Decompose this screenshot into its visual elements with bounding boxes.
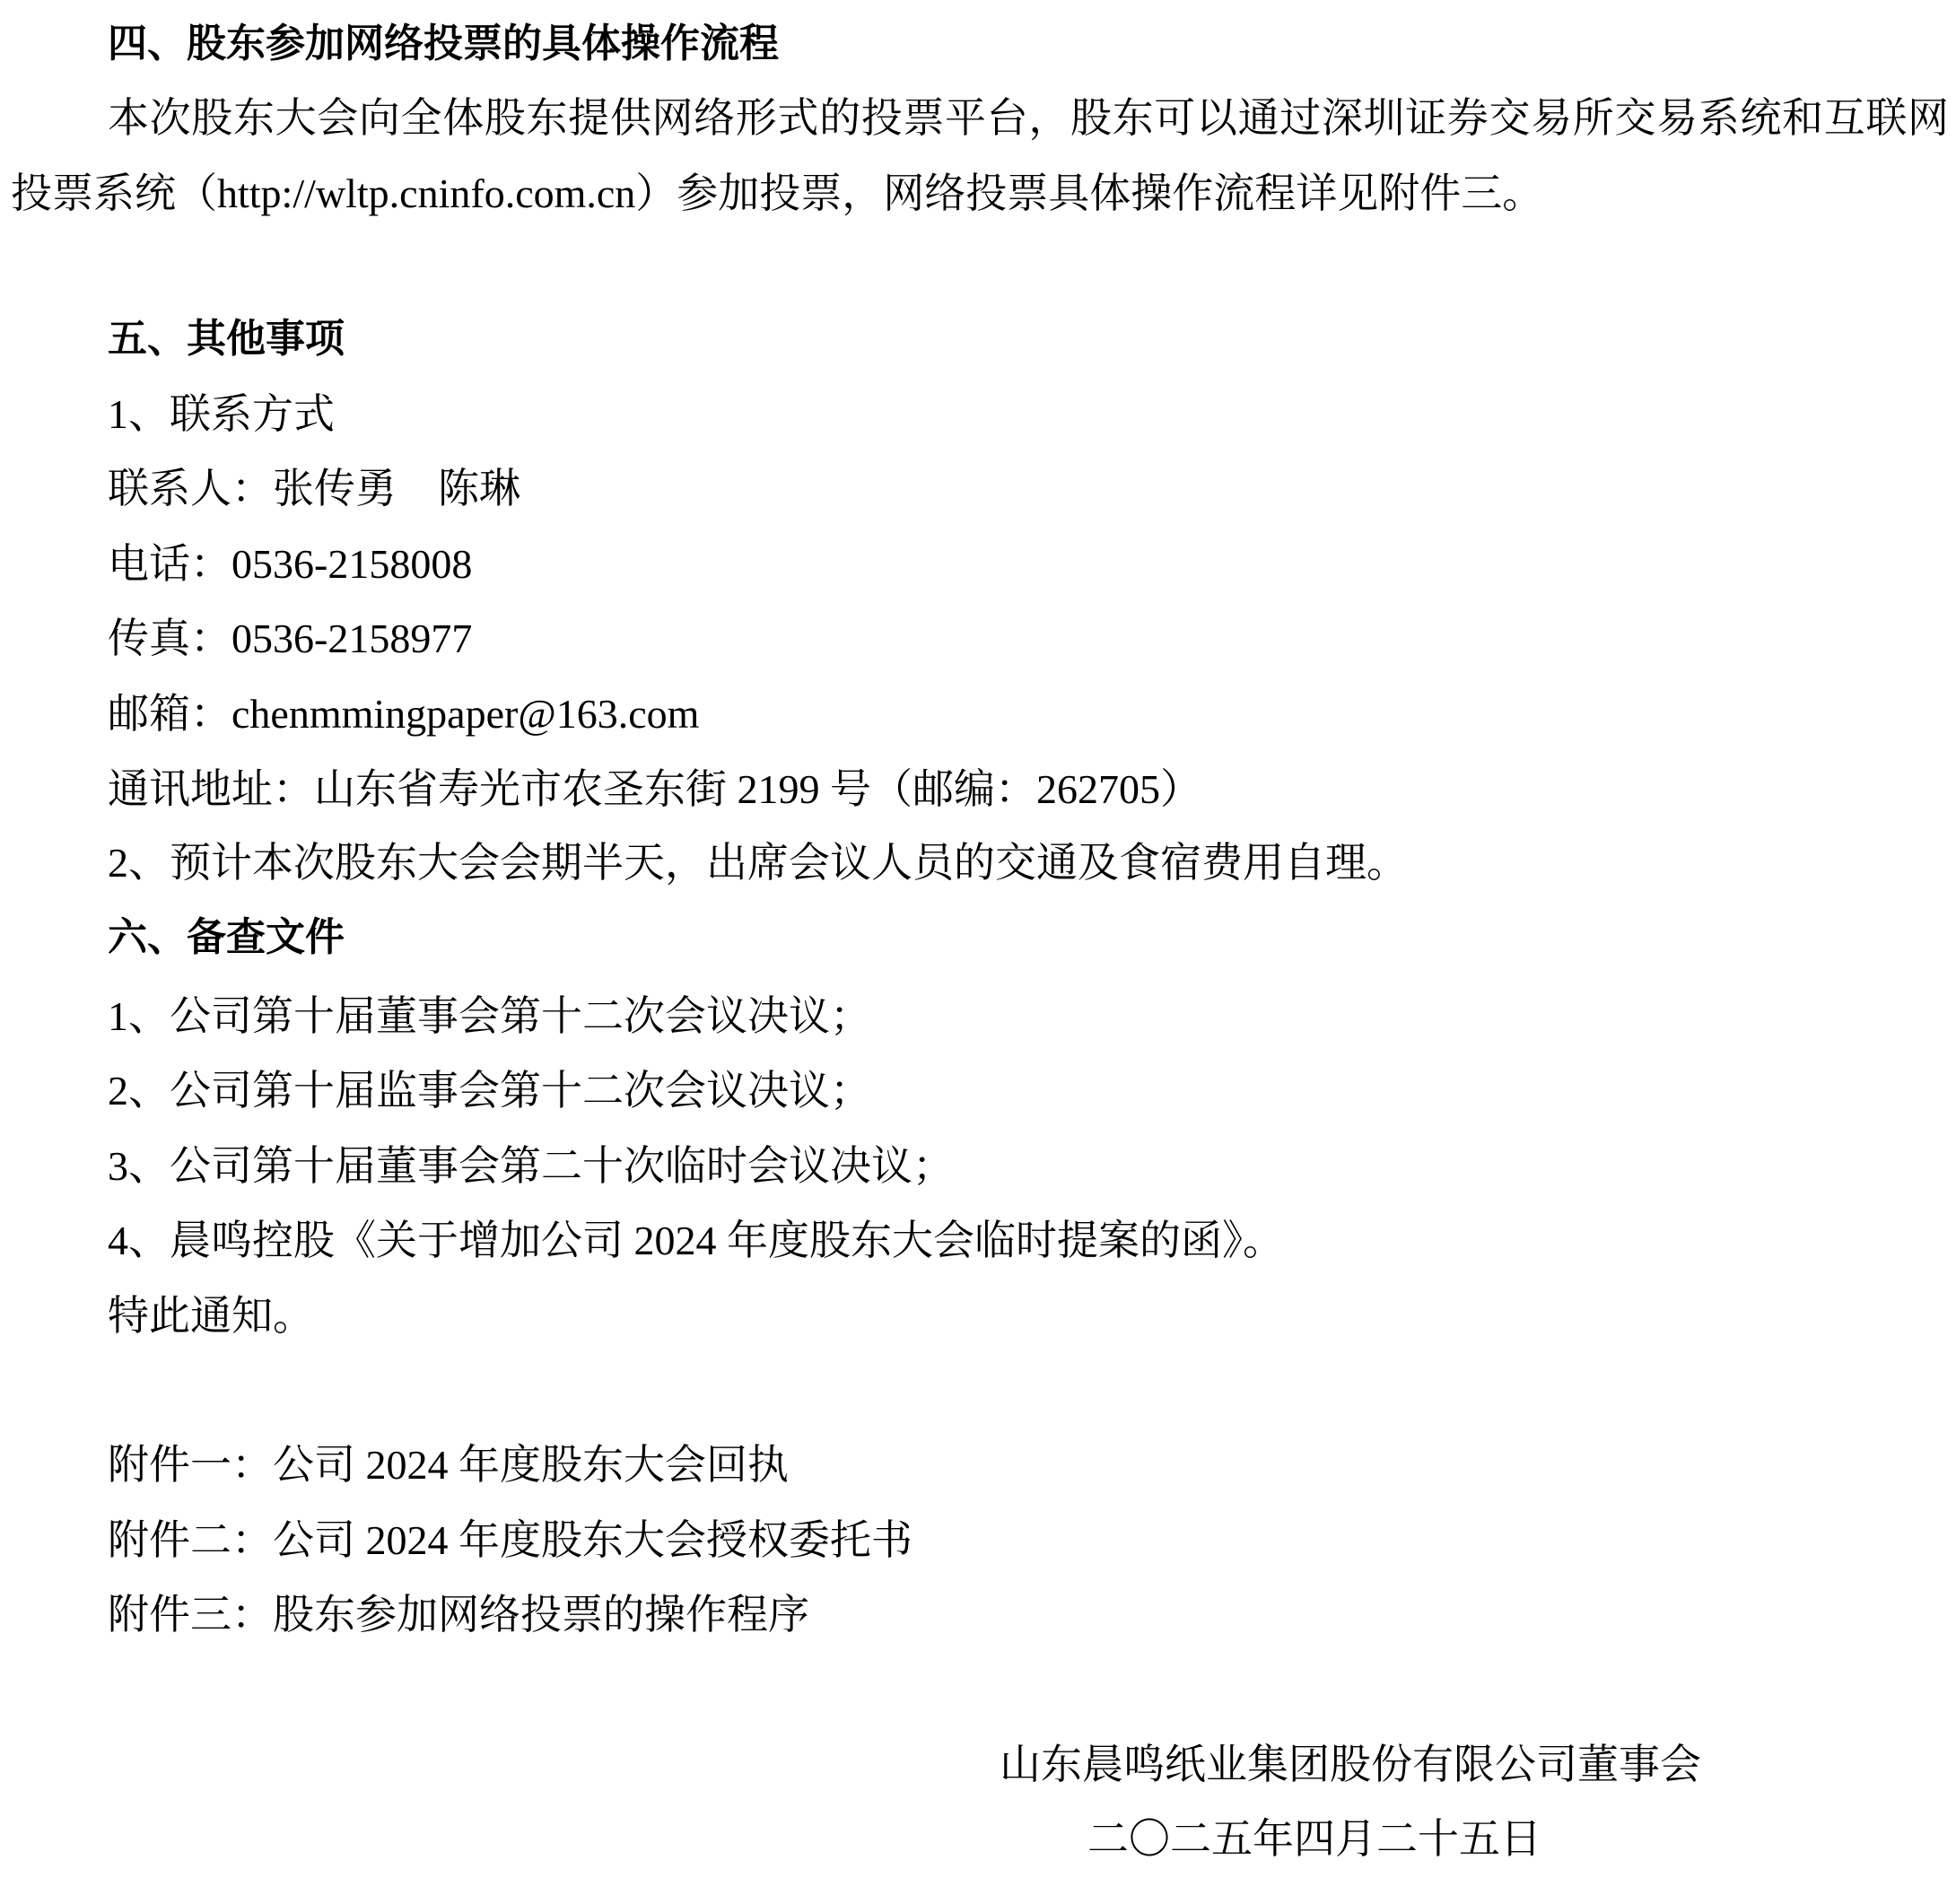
section-6-heading: 六、备查文件 xyxy=(108,911,345,965)
contact-email: 邮箱：chenmmingpaper@163.com xyxy=(108,687,699,741)
closing-text: 特此通知。 xyxy=(108,1289,314,1343)
signature-date: 二〇二五年四月二十五日 xyxy=(1087,1812,1541,1866)
contact-info-title: 1、联系方式 xyxy=(108,388,335,441)
contact-fax: 传真：0536-2158977 xyxy=(108,612,472,666)
contact-phone: 电话：0536-2158008 xyxy=(108,537,472,591)
reference-file-2: 2、公司第十届监事会第十二次会议决议； xyxy=(108,1064,871,1118)
section-4-paragraph: 本次股东大会向全体股东提供网络形式的投票平台，股东可以通过深圳证券交易所交易系统… xyxy=(11,81,1949,231)
reference-file-3: 3、公司第十届董事会第二十次临时会议决议； xyxy=(108,1140,954,1193)
contact-person: 联系人：张传勇 陈琳 xyxy=(108,462,520,516)
meeting-duration-note: 2、预计本次股东大会会期半天，出席会议人员的交通及食宿费用自理。 xyxy=(108,836,1408,890)
attachment-2: 附件二：公司 2024 年度股东大会授权委托书 xyxy=(108,1514,913,1568)
attachment-1: 附件一：公司 2024 年度股东大会回执 xyxy=(108,1438,789,1492)
section-5-heading: 五、其他事项 xyxy=(108,312,345,366)
reference-file-4: 4、晨鸣控股《关于增加公司 2024 年度股东大会临时提案的函》。 xyxy=(108,1214,1284,1268)
contact-address: 通讯地址：山东省寿光市农圣东街 2199 号（邮编：262705） xyxy=(108,763,1201,817)
section-4-heading: 四、股东参加网络投票的具体操作流程 xyxy=(108,17,779,71)
signature-company: 山东晨鸣纸业集团股份有限公司董事会 xyxy=(1000,1738,1701,1792)
reference-file-1: 1、公司第十届董事会第十二次会议决议； xyxy=(108,990,871,1044)
attachment-3: 附件三：股东参加网络投票的操作程序 xyxy=(108,1588,809,1642)
